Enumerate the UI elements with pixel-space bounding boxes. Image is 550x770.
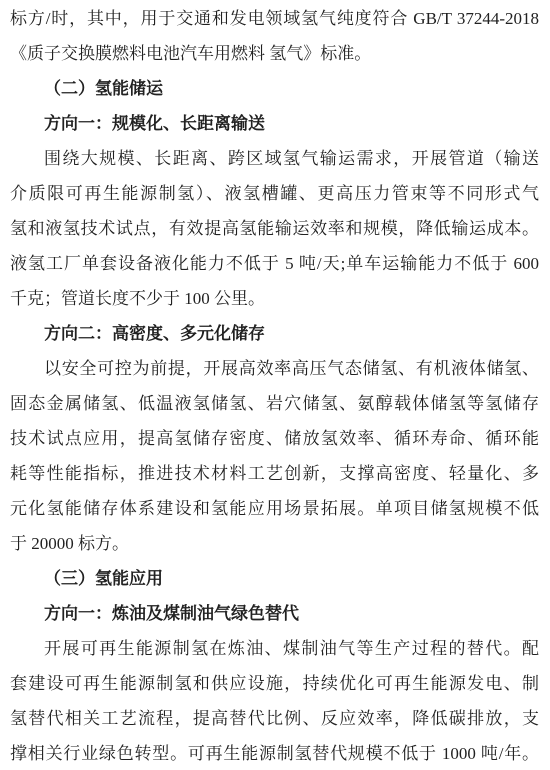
- body-line: 技术试点应用，提高氢储存密度、储放氢效率、循环寿命、循环能: [10, 421, 539, 456]
- body-line: 开展可再生能源制氢在炼油、煤制油气等生产过程的替代。配: [10, 631, 539, 666]
- body-line: 于 20000 标方。: [10, 526, 539, 561]
- body-line: 《质子交换膜燃料电池汽车用燃料 氢气》标准。: [10, 36, 539, 71]
- direction-heading-transport: 方向一：规模化、长距离输送: [10, 106, 539, 141]
- body-line: 元化氢能储存体系建设和氢能应用场景拓展。单项目储氢规模不低: [10, 491, 539, 526]
- document-page: 标方/时，其中，用于交通和发电领域氢气纯度符合 GB/T 37244-2018 …: [0, 0, 550, 770]
- body-line: 固态金属储氢、低温液氢储氢、岩穴储氢、氨醇载体储氢等氢储存: [10, 386, 539, 421]
- body-line: 撑相关行业绿色转型。可再生能源制氢替代规模不低于 1000 吨/年。: [10, 736, 539, 770]
- body-line: 套建设可再生能源制氢和供应设施，持续优化可再生能源发电、制: [10, 666, 539, 701]
- body-line: 液氢工厂单套设备液化能力不低于 5 吨/天;单车运输能力不低于 600: [10, 246, 539, 281]
- direction-heading-refining: 方向一：炼油及煤制油气绿色替代: [10, 596, 539, 631]
- body-line: 氢替代相关工艺流程，提高替代比例、反应效率，降低碳排放，支: [10, 701, 539, 736]
- section-heading-2: （二）氢能储运: [10, 71, 539, 106]
- body-line: 千克；管道长度不少于 100 公里。: [10, 281, 539, 316]
- body-line: 介质限可再生能源制氢）、液氢槽罐、更高压力管束等不同形式气: [10, 176, 539, 211]
- body-line: 氢和液氢技术试点，有效提高氢能输运效率和规模，降低输运成本。: [10, 211, 539, 246]
- body-line: 耗等性能指标，推进技术材料工艺创新，支撑高密度、轻量化、多: [10, 456, 539, 491]
- direction-heading-storage: 方向二：高密度、多元化储存: [10, 316, 539, 351]
- body-line: 围绕大规模、长距离、跨区域氢气输运需求，开展管道（输送: [10, 141, 539, 176]
- body-line: 标方/时，其中，用于交通和发电领域氢气纯度符合 GB/T 37244-2018: [10, 1, 539, 36]
- section-heading-3: （三）氢能应用: [10, 561, 539, 596]
- body-line: 以安全可控为前提，开展高效率高压气态储氢、有机液体储氢、: [10, 351, 539, 386]
